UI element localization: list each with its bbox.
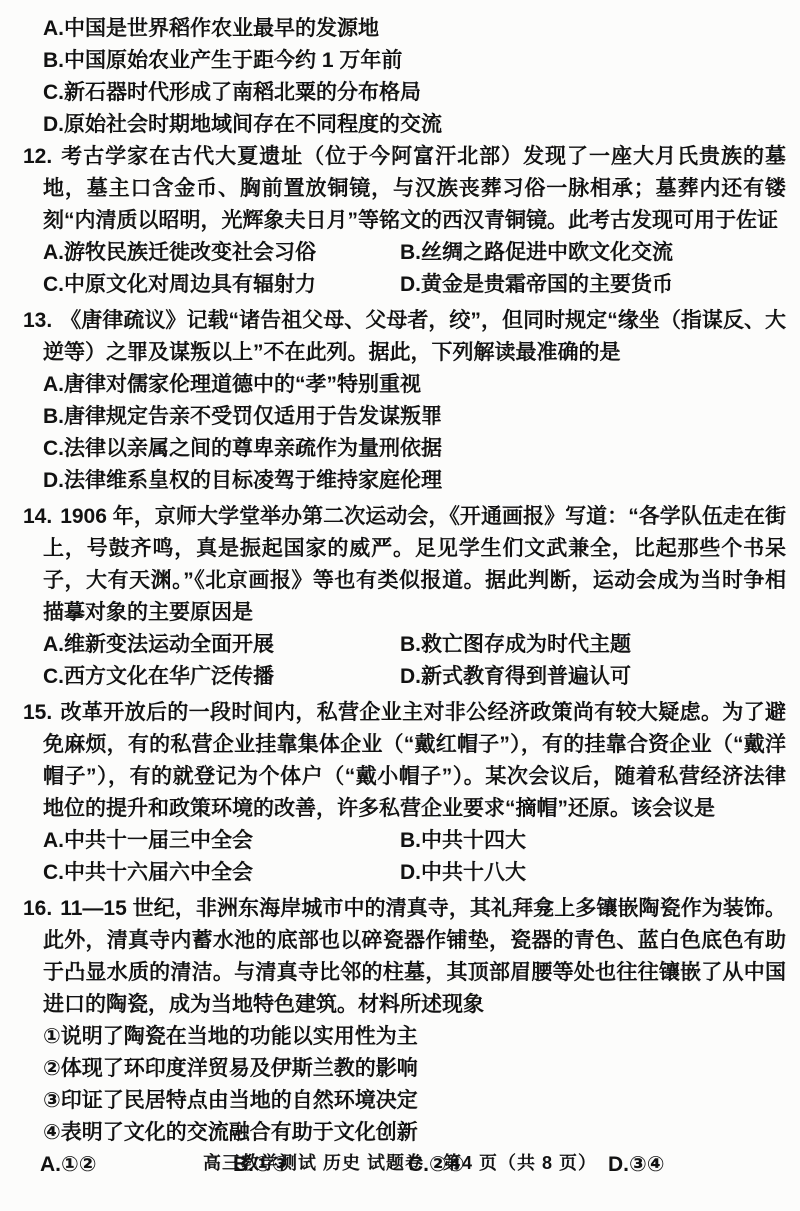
option: D.新式教育得到普遍认可 bbox=[400, 661, 786, 693]
option-label: D. bbox=[43, 113, 64, 136]
option-text: 黄金是贵霜帝国的主要货币 bbox=[421, 273, 673, 296]
sub-item-2: ②体现了环印度洋贸易及伊斯兰教的影响 bbox=[43, 1053, 786, 1085]
option-label: D. bbox=[400, 861, 421, 884]
option-label: D. bbox=[400, 273, 421, 296]
option-label: D. bbox=[400, 665, 421, 688]
question-options: A.维新变法运动全面开展 B.救亡图存成为时代主题 C.西方文化在华广泛传播 D… bbox=[43, 629, 786, 693]
question-16: 16.11—15 世纪，非洲东海岸城市中的清真寺，其礼拜龛上多镶嵌陶瓷作为装饰。… bbox=[0, 893, 786, 1181]
page-content: A.中国是世界稻作农业最早的发源地 B.中国原始农业产生于距今约 1 万年前 C… bbox=[0, 0, 800, 1181]
option-text: 中国原始农业产生于距今约 1 万年前 bbox=[64, 49, 402, 72]
sub-item-3: ③印证了民居特点由当地的自然环境决定 bbox=[43, 1085, 786, 1117]
option: D.中共十八大 bbox=[400, 857, 786, 889]
question-stem: 15.改革开放后的一段时间内，私营企业主对非公经济政策尚有较大疑虑。为了避免麻烦… bbox=[43, 697, 786, 825]
question-text: 考古学家在古代大夏遗址（位于今阿富汗北部）发现了一座大月氏贵族的墓地，墓主口含金… bbox=[43, 145, 786, 232]
question-stem: 16.11—15 世纪，非洲东海岸城市中的清真寺，其礼拜龛上多镶嵌陶瓷作为装饰。… bbox=[43, 893, 786, 1021]
question-number: 13. bbox=[23, 309, 60, 332]
option: C.中原文化对周边具有辐射力 bbox=[43, 269, 400, 301]
option-label: C. bbox=[43, 861, 64, 884]
option-label: C. bbox=[43, 273, 64, 296]
option-label: A. bbox=[43, 633, 64, 656]
question-stem: 13.《唐律疏议》记载“诸告祖父母、父母者，绞”，但同时规定“缘坐（指谋反、大逆… bbox=[43, 305, 786, 369]
option-text: 新式教育得到普遍认可 bbox=[421, 665, 631, 688]
option-text: 唐律对儒家伦理道德中的“孝”特别重视 bbox=[64, 373, 421, 396]
option-label: B. bbox=[43, 49, 64, 72]
question-options: A.中共十一届三中全会 B.中共十四大 C.中共十六届六中全会 D.中共十八大 bbox=[43, 825, 786, 889]
option-label: B. bbox=[400, 829, 421, 852]
option: A.唐律对儒家伦理道德中的“孝”特别重视 bbox=[43, 369, 786, 401]
option-text: 法律以亲属之间的尊卑亲疏作为量刑依据 bbox=[64, 437, 442, 460]
option: D.法律维系皇权的目标凌驾于维持家庭伦理 bbox=[43, 465, 786, 497]
question-sub-items: ①说明了陶瓷在当地的功能以实用性为主 ②体现了环印度洋贸易及伊斯兰教的影响 ③印… bbox=[0, 1021, 786, 1149]
sub-item-1: ①说明了陶瓷在当地的功能以实用性为主 bbox=[43, 1021, 786, 1053]
sub-item-4: ④表明了文化的交流融合有助于文化创新 bbox=[43, 1117, 786, 1149]
option: B.唐律规定告亲不受罚仅适用于告发谋叛罪 bbox=[43, 401, 786, 433]
option: B.救亡图存成为时代主题 bbox=[400, 629, 786, 661]
option: A.中共十一届三中全会 bbox=[43, 825, 400, 857]
option-text: 唐律规定告亲不受罚仅适用于告发谋叛罪 bbox=[64, 405, 442, 428]
question-text: 1906 年，京师大学堂举办第二次运动会，《开通画报》写道：“各学队伍走在街上，… bbox=[43, 505, 786, 624]
option: C.法律以亲属之间的尊卑亲疏作为量刑依据 bbox=[43, 433, 786, 465]
option-text: 原始社会时期地域间存在不同程度的交流 bbox=[64, 113, 442, 136]
question-text: 11—15 世纪，非洲东海岸城市中的清真寺，其礼拜龛上多镶嵌陶瓷作为装饰。此外，… bbox=[43, 897, 786, 1016]
question-text: 改革开放后的一段时间内，私营企业主对非公经济政策尚有较大疑虑。为了避免麻烦，有的… bbox=[43, 701, 786, 820]
option-text: 中共十六届六中全会 bbox=[64, 861, 253, 884]
option-label: A. bbox=[43, 17, 64, 40]
option-text: 救亡图存成为时代主题 bbox=[421, 633, 631, 656]
option: A.维新变法运动全面开展 bbox=[43, 629, 400, 661]
question-15: 15.改革开放后的一段时间内，私营企业主对非公经济政策尚有较大疑虑。为了避免麻烦… bbox=[0, 697, 786, 889]
question-number: 16. bbox=[23, 897, 60, 920]
option-label: C. bbox=[43, 665, 64, 688]
question-stem: 12.考古学家在古代大夏遗址（位于今阿富汗北部）发现了一座大月氏贵族的墓地，墓主… bbox=[43, 141, 786, 237]
option: C.中共十六届六中全会 bbox=[43, 857, 400, 889]
option-text: 中原文化对周边具有辐射力 bbox=[64, 273, 316, 296]
option: A.中国是世界稻作农业最早的发源地 bbox=[43, 13, 786, 45]
option-text: 维新变法运动全面开展 bbox=[64, 633, 274, 656]
question-options: A.唐律对儒家伦理道德中的“孝”特别重视 B.唐律规定告亲不受罚仅适用于告发谋叛… bbox=[0, 369, 786, 497]
option-text: 中共十一届三中全会 bbox=[64, 829, 253, 852]
option-text: 法律维系皇权的目标凌驾于维持家庭伦理 bbox=[64, 469, 442, 492]
option-label: B. bbox=[43, 405, 64, 428]
option-text: 丝绸之路促进中欧文化交流 bbox=[421, 241, 673, 264]
question-options: A.游牧民族迁徙改变社会习俗 B.丝绸之路促进中欧文化交流 C.中原文化对周边具… bbox=[43, 237, 786, 301]
option-label: A. bbox=[43, 373, 64, 396]
option-label: C. bbox=[43, 437, 64, 460]
question-number: 12. bbox=[23, 145, 60, 168]
option-label: D. bbox=[43, 469, 64, 492]
option-label: A. bbox=[43, 241, 64, 264]
page-footer: 高三教学测试 历史 试题卷 第4 页（共 8 页） bbox=[0, 1150, 800, 1176]
question-11-options: A.中国是世界稻作农业最早的发源地 B.中国原始农业产生于距今约 1 万年前 C… bbox=[0, 13, 786, 141]
option-label: A. bbox=[43, 829, 64, 852]
option: B.中国原始农业产生于距今约 1 万年前 bbox=[43, 45, 786, 77]
option-text: 西方文化在华广泛传播 bbox=[64, 665, 274, 688]
option-text: 游牧民族迁徙改变社会习俗 bbox=[64, 241, 316, 264]
exam-paper-page: A.中国是世界稻作农业最早的发源地 B.中国原始农业产生于距今约 1 万年前 C… bbox=[0, 0, 800, 1211]
option-text: 新石器时代形成了南稻北粟的分布格局 bbox=[64, 81, 421, 104]
option-label: B. bbox=[400, 241, 421, 264]
question-13: 13.《唐律疏议》记载“诸告祖父母、父母者，绞”，但同时规定“缘坐（指谋反、大逆… bbox=[0, 305, 786, 497]
option-text: 中共十八大 bbox=[421, 861, 526, 884]
option: D.黄金是贵霜帝国的主要货币 bbox=[400, 269, 786, 301]
question-number: 14. bbox=[23, 505, 60, 528]
option: D.原始社会时期地域间存在不同程度的交流 bbox=[43, 109, 786, 141]
option: C.西方文化在华广泛传播 bbox=[43, 661, 400, 693]
question-number: 15. bbox=[23, 701, 60, 724]
question-stem: 14.1906 年，京师大学堂举办第二次运动会，《开通画报》写道：“各学队伍走在… bbox=[43, 501, 786, 629]
option: C.新石器时代形成了南稻北粟的分布格局 bbox=[43, 77, 786, 109]
option-label: B. bbox=[400, 633, 421, 656]
option-text: 中共十四大 bbox=[421, 829, 526, 852]
question-12: 12.考古学家在古代大夏遗址（位于今阿富汗北部）发现了一座大月氏贵族的墓地，墓主… bbox=[0, 141, 786, 301]
option: A.游牧民族迁徙改变社会习俗 bbox=[43, 237, 400, 269]
question-14: 14.1906 年，京师大学堂举办第二次运动会，《开通画报》写道：“各学队伍走在… bbox=[0, 501, 786, 693]
option: B.中共十四大 bbox=[400, 825, 786, 857]
option-label: C. bbox=[43, 81, 64, 104]
option-text: 中国是世界稻作农业最早的发源地 bbox=[64, 17, 379, 40]
question-text: 《唐律疏议》记载“诸告祖父母、父母者，绞”，但同时规定“缘坐（指谋反、大逆等）之… bbox=[43, 309, 786, 364]
option: B.丝绸之路促进中欧文化交流 bbox=[400, 237, 786, 269]
